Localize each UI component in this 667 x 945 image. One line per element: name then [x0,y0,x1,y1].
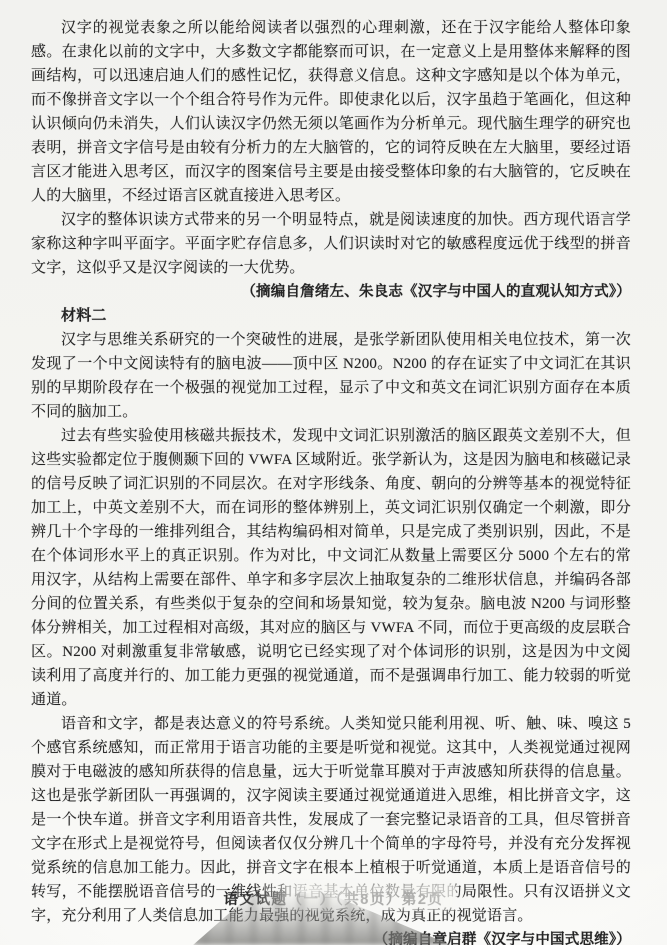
material-two-citation: （摘编自章启群《汉字与中国式思维》） [31,928,631,945]
material-two-paragraph-2: 过去有些实验使用核磁共振技术，发现中文词汇识别激活的脑区跟英文差别不大，但这些实… [31,424,631,712]
material-two-heading: 材料二 [31,304,631,328]
material-two-paragraph-1: 汉字与思维关系研究的一个突破性的进展，是张学新团队使用相关电位技术，第一次发现了… [31,328,631,424]
scanned-exam-page: 汉字的视觉表象之所以能给阅读者以强烈的心理刺激，还在于汉字能给人整体印象感。在隶… [0,0,667,945]
reading-passage: 汉字的视觉表象之所以能给阅读者以强烈的心理刺激，还在于汉字能给人整体印象感。在隶… [31,16,631,945]
material-one-paragraph-2: 汉字的整体识读方式带来的另一个明显特点，就是阅读速度的加快。西方现代语言学家称这… [31,208,631,280]
material-one-paragraph-1: 汉字的视觉表象之所以能给阅读者以强烈的心理刺激，还在于汉字能给人整体印象感。在隶… [31,16,631,208]
material-one-citation: （摘编自詹绪左、朱良志《汉字与中国人的直观认知方式》） [31,280,631,304]
page-footer: 语文试题（一）（共8页）第2页 [0,888,667,909]
